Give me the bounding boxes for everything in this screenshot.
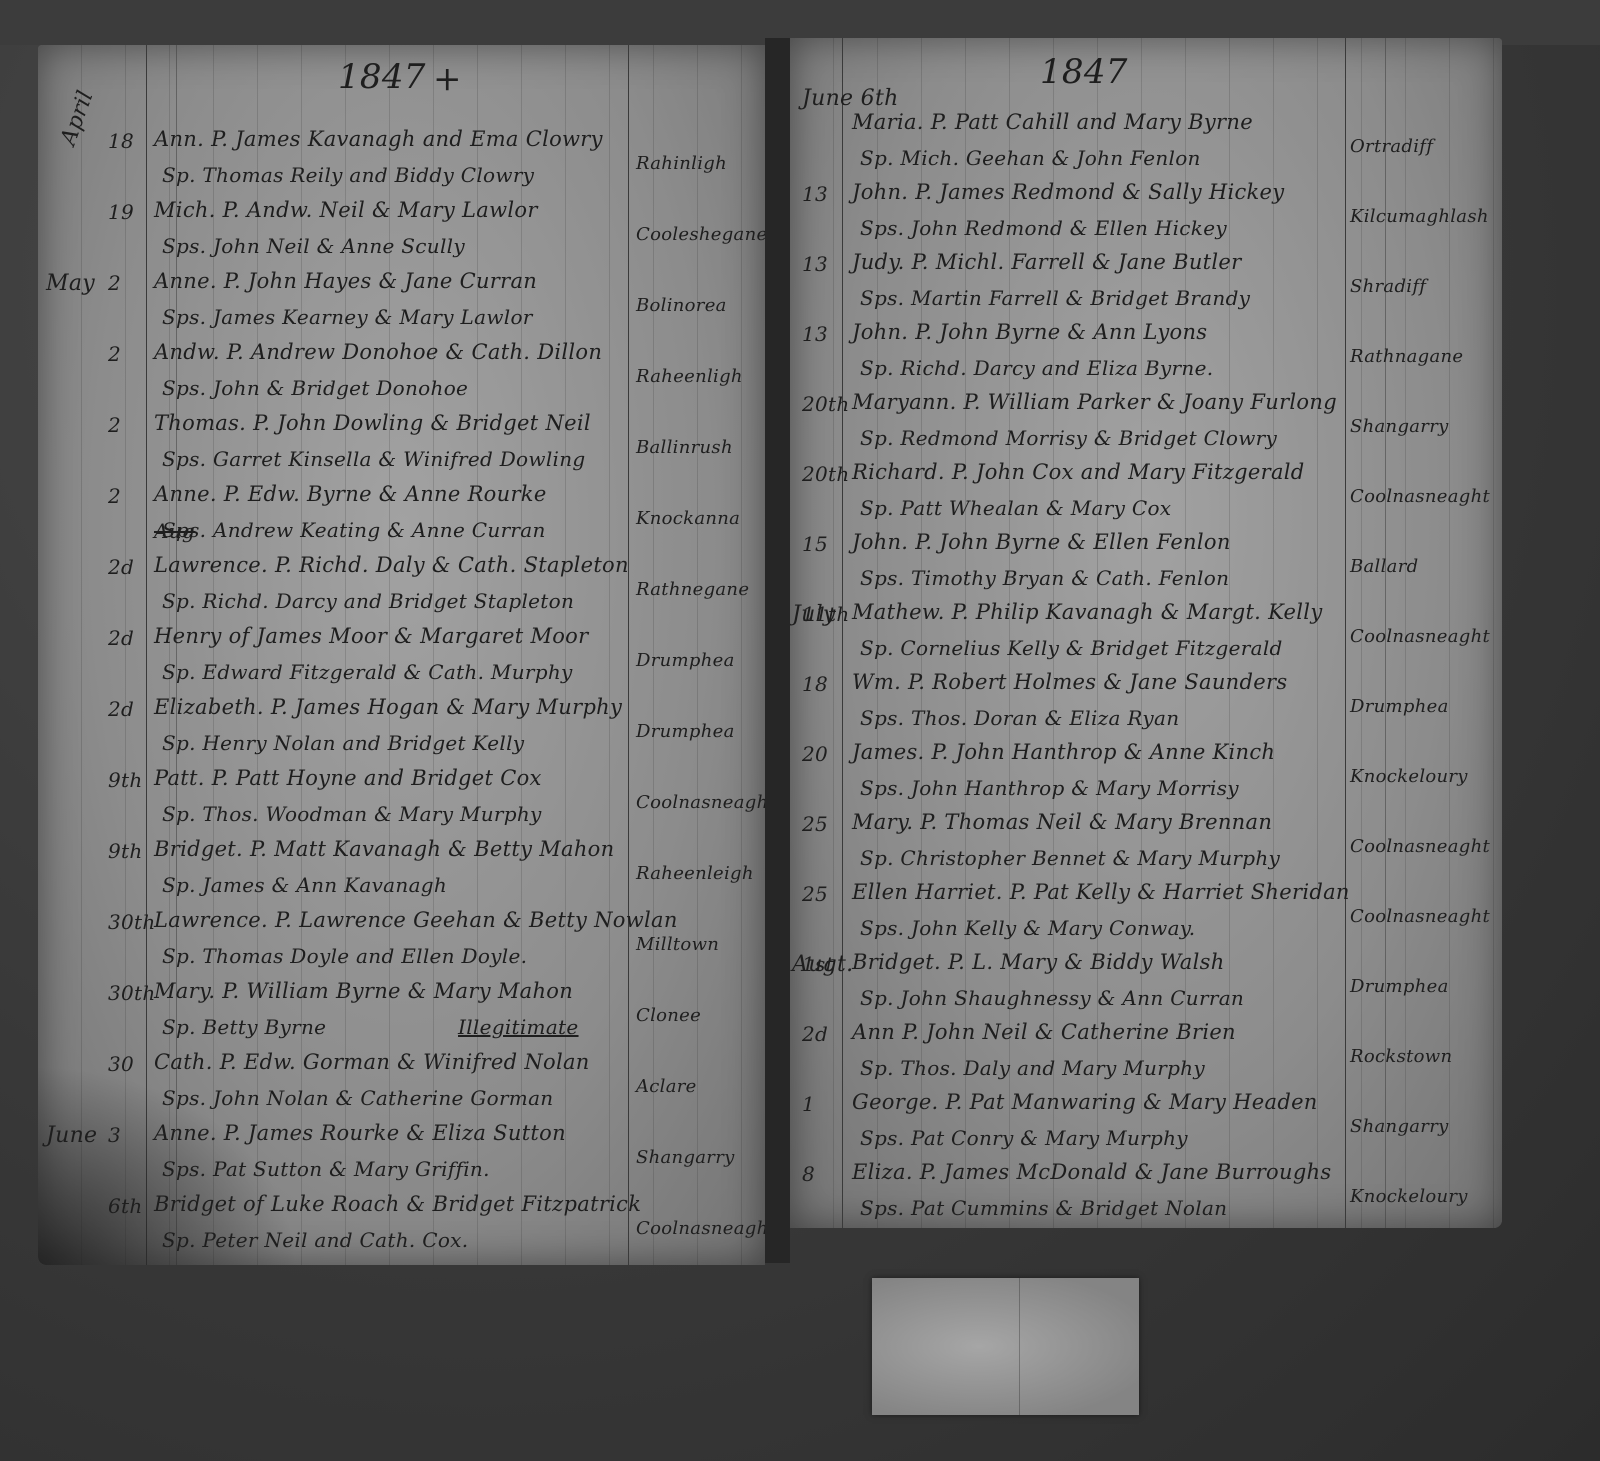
townland: Coolnasneaght (636, 1218, 765, 1239)
child-and-parents: Maria. P. Patt Cahill and Mary Byrne (852, 110, 1253, 134)
sponsors: Sps. John & Bridget Donohoe (162, 376, 468, 400)
child-and-parents: Ellen Harriet. P. Pat Kelly & Harriet Sh… (852, 880, 1350, 904)
townland: Raheenligh (636, 366, 743, 387)
entry-date: 2 (108, 413, 121, 437)
child-and-parents: Maryann. P. William Parker & Joany Furlo… (852, 390, 1337, 414)
entry-date: 3 (108, 1123, 121, 1147)
child-and-parents: Bridget. P. Matt Kavanagh & Betty Mahon (154, 837, 614, 861)
sponsors: Sps. John Redmond & Ellen Hickey (860, 216, 1227, 240)
register-entry: 15John. P. John Byrne & Ellen FenlonSps.… (790, 526, 1502, 600)
entry-date: 2d (108, 555, 134, 579)
child-and-parents: Bridget. P. L. Mary & Biddy Walsh (852, 950, 1225, 974)
cross-mark: + (433, 59, 462, 99)
sponsors: Sps. John Hanthrop & Mary Morrisy (860, 776, 1239, 800)
townland: Drumphea (636, 721, 735, 742)
entry-date: 9th (108, 839, 143, 863)
entry-date: 2 (108, 484, 121, 508)
entry-date: 1st (802, 952, 834, 976)
register-entry: 9thPatt. P. Patt Hoyne and Bridget CoxSp… (38, 762, 765, 836)
entry-date: 20 (802, 742, 828, 766)
register-entry: 1George. P. Pat Manwaring & Mary HeadenS… (790, 1086, 1502, 1160)
sponsors: Sps. Martin Farrell & Bridget Brandy (860, 286, 1250, 310)
child-and-parents: Anne. P. James Rourke & Eliza Sutton (154, 1121, 566, 1145)
townland: Coolnasneaght (1350, 486, 1490, 507)
sponsors: Sps. John Nolan & Catherine Gorman (162, 1086, 553, 1110)
entry-month: June (46, 1123, 97, 1148)
child-and-parents: James. P. John Hanthrop & Anne Kinch (852, 740, 1275, 764)
paper-slip (872, 1278, 1139, 1415)
townland: Bolinorea (636, 295, 727, 316)
entry-date: 2d (108, 697, 134, 721)
entry-date: 2 (108, 342, 121, 366)
register-entry: May2Anne. P. John Hayes & Jane CurranSps… (38, 265, 765, 339)
sponsors: Sp. Thos. Woodman & Mary Murphy (162, 802, 542, 826)
entry-date: 6th (108, 1194, 143, 1218)
townland: Shangarry (1350, 416, 1449, 437)
townland: Ballinrush (636, 437, 733, 458)
register-entry: Aug2dLawrence. P. Richd. Daly & Cath. St… (38, 549, 765, 623)
sponsors: Sps. Pat Sutton & Mary Griffin. (162, 1157, 490, 1181)
register-page-left: 1847 + April 18Ann. P. James Kavanagh an… (38, 45, 765, 1265)
child-and-parents: Mary. P. Thomas Neil & Mary Brennan (852, 810, 1272, 834)
sponsors: Sp. Betty Byrne (162, 1015, 326, 1039)
sponsors: Sps. Andrew Keating & Anne Curran (162, 518, 546, 542)
sponsors: Sp. John Shaughnessy & Ann Curran (860, 986, 1244, 1010)
entry-date: 2d (802, 1022, 828, 1046)
sponsors: Sps. James Kearney & Mary Lawlor (162, 305, 533, 329)
sponsors: Sp. Thomas Doyle and Ellen Doyle. (162, 944, 527, 968)
townland: Drumphea (1350, 976, 1449, 997)
register-entry: 13Judy. P. Michl. Farrell & Jane ButlerS… (790, 246, 1502, 320)
sponsors: Sp. Christopher Bennet & Mary Murphy (860, 846, 1280, 870)
child-and-parents: Mich. P. Andw. Neil & Mary Lawlor (154, 198, 538, 222)
townland: Ballard (1350, 556, 1418, 577)
child-and-parents: John. P. John Byrne & Ann Lyons (852, 320, 1207, 344)
register-entry: 8Eliza. P. James McDonald & Jane Burroug… (790, 1156, 1502, 1228)
child-and-parents: Patt. P. Patt Hoyne and Bridget Cox (154, 766, 542, 790)
child-and-parents: John. P. James Redmond & Sally Hickey (852, 180, 1284, 204)
entry-date: 18 (802, 672, 828, 696)
townland: Aclare (636, 1076, 697, 1097)
townland: Milltown (636, 934, 719, 955)
sponsors: Sps. Thos. Doran & Eliza Ryan (860, 706, 1179, 730)
register-page-right: 1847 June 6th Maria. P. Patt Cahill and … (790, 38, 1502, 1228)
register-entry: 2Andw. P. Andrew Donohoe & Cath. DillonS… (38, 336, 765, 410)
townland: Coolnasneaght (1350, 906, 1490, 927)
register-entry: 13John. P. James Redmond & Sally HickeyS… (790, 176, 1502, 250)
entry-date: 13 (802, 322, 828, 346)
child-and-parents: Elizabeth. P. James Hogan & Mary Murphy (154, 695, 622, 719)
entry-date: 20th (802, 392, 850, 416)
townland: Knockeloury (1350, 1186, 1468, 1207)
entry-date: 30 (108, 1052, 134, 1076)
sponsors: Sp. Edward Fitzgerald & Cath. Murphy (162, 660, 573, 684)
townland: Rahinligh (636, 153, 727, 174)
register-entry: 18Ann. P. James Kavanagh and Ema ClowryS… (38, 123, 765, 197)
child-and-parents: Richard. P. John Cox and Mary Fitzgerald (852, 460, 1305, 484)
entry-date: 30th (108, 981, 156, 1005)
entry-date: 19 (108, 200, 134, 224)
townland: Shangarry (636, 1147, 735, 1168)
register-entry: 20thMaryann. P. William Parker & Joany F… (790, 386, 1502, 460)
register-entry: 20thRichard. P. John Cox and Mary Fitzge… (790, 456, 1502, 530)
child-and-parents: John. P. John Byrne & Ellen Fenlon (852, 530, 1231, 554)
sponsors: Sp. Mich. Geehan & John Fenlon (860, 146, 1201, 170)
sponsors: Sp. Cornelius Kelly & Bridget Fitzgerald (860, 636, 1283, 660)
child-and-parents: Ann P. John Neil & Catherine Brien (852, 1020, 1236, 1044)
townland: Ortradiff (1350, 136, 1433, 157)
townland: Drumphea (636, 650, 735, 671)
register-entry: 20James. P. John Hanthrop & Anne KinchSp… (790, 736, 1502, 810)
register-entry: 13John. P. John Byrne & Ann LyonsSp. Ric… (790, 316, 1502, 390)
entry-note: Illegitimate (458, 1015, 579, 1039)
sponsors: Sp. Patt Whealan & Mary Cox (860, 496, 1171, 520)
entry-date: 1 (802, 1092, 815, 1116)
sponsors: Sp. Richd. Darcy and Eliza Byrne. (860, 356, 1213, 380)
child-and-parents: Eliza. P. James McDonald & Jane Burrough… (852, 1160, 1331, 1184)
townland: Kilcumaghlash (1350, 206, 1489, 227)
struck-text: Aug (154, 519, 195, 543)
entry-date: 8 (802, 1162, 815, 1186)
child-and-parents: Andw. P. Andrew Donohoe & Cath. Dillon (154, 340, 602, 364)
sponsors: Sps. John Neil & Anne Scully (162, 234, 465, 258)
child-and-parents: Mathew. P. Philip Kavanagh & Margt. Kell… (852, 600, 1323, 624)
entry-date: 18 (108, 129, 134, 153)
child-and-parents: Thomas. P. John Dowling & Bridget Neil (154, 411, 591, 435)
register-entry: 30thMary. P. William Byrne & Mary MahonS… (38, 975, 765, 1049)
townland: Clonee (636, 1005, 701, 1026)
entry-date: 2d (108, 626, 134, 650)
townland: Raheenleigh (636, 863, 754, 884)
entry-date: 13 (802, 252, 828, 276)
entry-date: 9th (108, 768, 143, 792)
register-entry: 6thBridget of Luke Roach & Bridget Fitzp… (38, 1188, 765, 1262)
sponsors: Sps. John Kelly & Mary Conway. (860, 916, 1195, 940)
townland: Knockeloury (1350, 766, 1468, 787)
register-entry: July11thMathew. P. Philip Kavanagh & Mar… (790, 596, 1502, 670)
townland: Coolnasneaght (636, 792, 765, 813)
sponsors: Sp. Peter Neil and Cath. Cox. (162, 1228, 468, 1252)
register-entry: 25Mary. P. Thomas Neil & Mary BrennanSp.… (790, 806, 1502, 880)
entry-date: 13 (802, 182, 828, 206)
page-year: 1847 (338, 57, 426, 97)
sponsors: Sp. Richd. Darcy and Bridget Stapleton (162, 589, 574, 613)
entry-date: 2 (108, 271, 121, 295)
register-entry: 2Thomas. P. John Dowling & Bridget NeilS… (38, 407, 765, 481)
townland: Cooleshegane (636, 224, 765, 245)
register-entry: 25Ellen Harriet. P. Pat Kelly & Harriet … (790, 876, 1502, 950)
entry-month: May (46, 271, 95, 296)
sponsors: Sps. Pat Cummins & Bridget Nolan (860, 1196, 1227, 1220)
child-and-parents: Mary. P. William Byrne & Mary Mahon (154, 979, 573, 1003)
townland: Coolnasneaght (1350, 626, 1490, 647)
entry-date: 25 (802, 882, 828, 906)
entry-date: 15 (802, 532, 828, 556)
child-and-parents: Anne. P. John Hayes & Jane Curran (154, 269, 537, 293)
register-entry: 18Wm. P. Robert Holmes & Jane SaundersSp… (790, 666, 1502, 740)
register-entry: 2dHenry of James Moor & Margaret MoorSp.… (38, 620, 765, 694)
child-and-parents: Ann. P. James Kavanagh and Ema Clowry (154, 127, 603, 151)
child-and-parents: Judy. P. Michl. Farrell & Jane Butler (852, 250, 1242, 274)
entry-date: 25 (802, 812, 828, 836)
register-entry: 9thBridget. P. Matt Kavanagh & Betty Mah… (38, 833, 765, 907)
register-entry: Maria. P. Patt Cahill and Mary ByrneSp. … (790, 106, 1502, 180)
townland: Coolnasneaght (1350, 836, 1490, 857)
register-entry: 2dAnn P. John Neil & Catherine BrienSp. … (790, 1016, 1502, 1090)
book-gutter (765, 38, 790, 1263)
register-entry: 19Mich. P. Andw. Neil & Mary LawlorSps. … (38, 194, 765, 268)
child-and-parents: Wm. P. Robert Holmes & Jane Saunders (852, 670, 1287, 694)
child-and-parents: Henry of James Moor & Margaret Moor (154, 624, 588, 648)
child-and-parents: George. P. Pat Manwaring & Mary Headen (852, 1090, 1318, 1114)
child-and-parents: Bridget of Luke Roach & Bridget Fitzpatr… (154, 1192, 641, 1216)
register-entry: 2Anne. P. Edw. Byrne & Anne RourkeSps. A… (38, 478, 765, 552)
sponsors: Sp. James & Ann Kavanagh (162, 873, 447, 897)
register-entry: 30thLawrence. P. Lawrence Geehan & Betty… (38, 904, 765, 978)
child-and-parents: Lawrence. P. Lawrence Geehan & Betty Now… (154, 908, 678, 932)
townland: Rathnagane (1350, 346, 1463, 367)
register-entry: 2dElizabeth. P. James Hogan & Mary Murph… (38, 691, 765, 765)
sponsors: Sp. Thos. Daly and Mary Murphy (860, 1056, 1205, 1080)
entry-date: 30th (108, 910, 156, 934)
sponsors: Sp. Henry Nolan and Bridget Kelly (162, 731, 524, 755)
child-and-parents: Anne. P. Edw. Byrne & Anne Rourke (154, 482, 547, 506)
register-entry: 30Cath. P. Edw. Gorman & Winifred NolanS… (38, 1046, 765, 1120)
townland: Knockanna (636, 508, 740, 529)
page-year: 1847 (1040, 52, 1128, 92)
entry-date: 11th (802, 602, 850, 626)
townland: Shangarry (1350, 1116, 1449, 1137)
child-and-parents: Cath. P. Edw. Gorman & Winifred Nolan (154, 1050, 590, 1074)
register-entry: June3Anne. P. James Rourke & Eliza Sutto… (38, 1117, 765, 1191)
sponsors: Sp. Redmond Morrisy & Bridget Clowry (860, 426, 1277, 450)
sponsors: Sps. Timothy Bryan & Cath. Fenlon (860, 566, 1229, 590)
sponsors: Sps. Garret Kinsella & Winifred Dowling (162, 447, 586, 471)
townland: Drumphea (1350, 696, 1449, 717)
register-entry: Augt.1stBridget. P. L. Mary & Biddy Wals… (790, 946, 1502, 1020)
townland: Rockstown (1350, 1046, 1452, 1067)
townland: Rathnegane (636, 579, 749, 600)
entry-date: 20th (802, 462, 850, 486)
townland: Shradiff (1350, 276, 1426, 297)
child-and-parents: Lawrence. P. Richd. Daly & Cath. Staplet… (154, 553, 629, 577)
sponsors: Sps. Pat Conry & Mary Murphy (860, 1126, 1188, 1150)
sponsors: Sp. Thomas Reily and Biddy Clowry (162, 163, 534, 187)
